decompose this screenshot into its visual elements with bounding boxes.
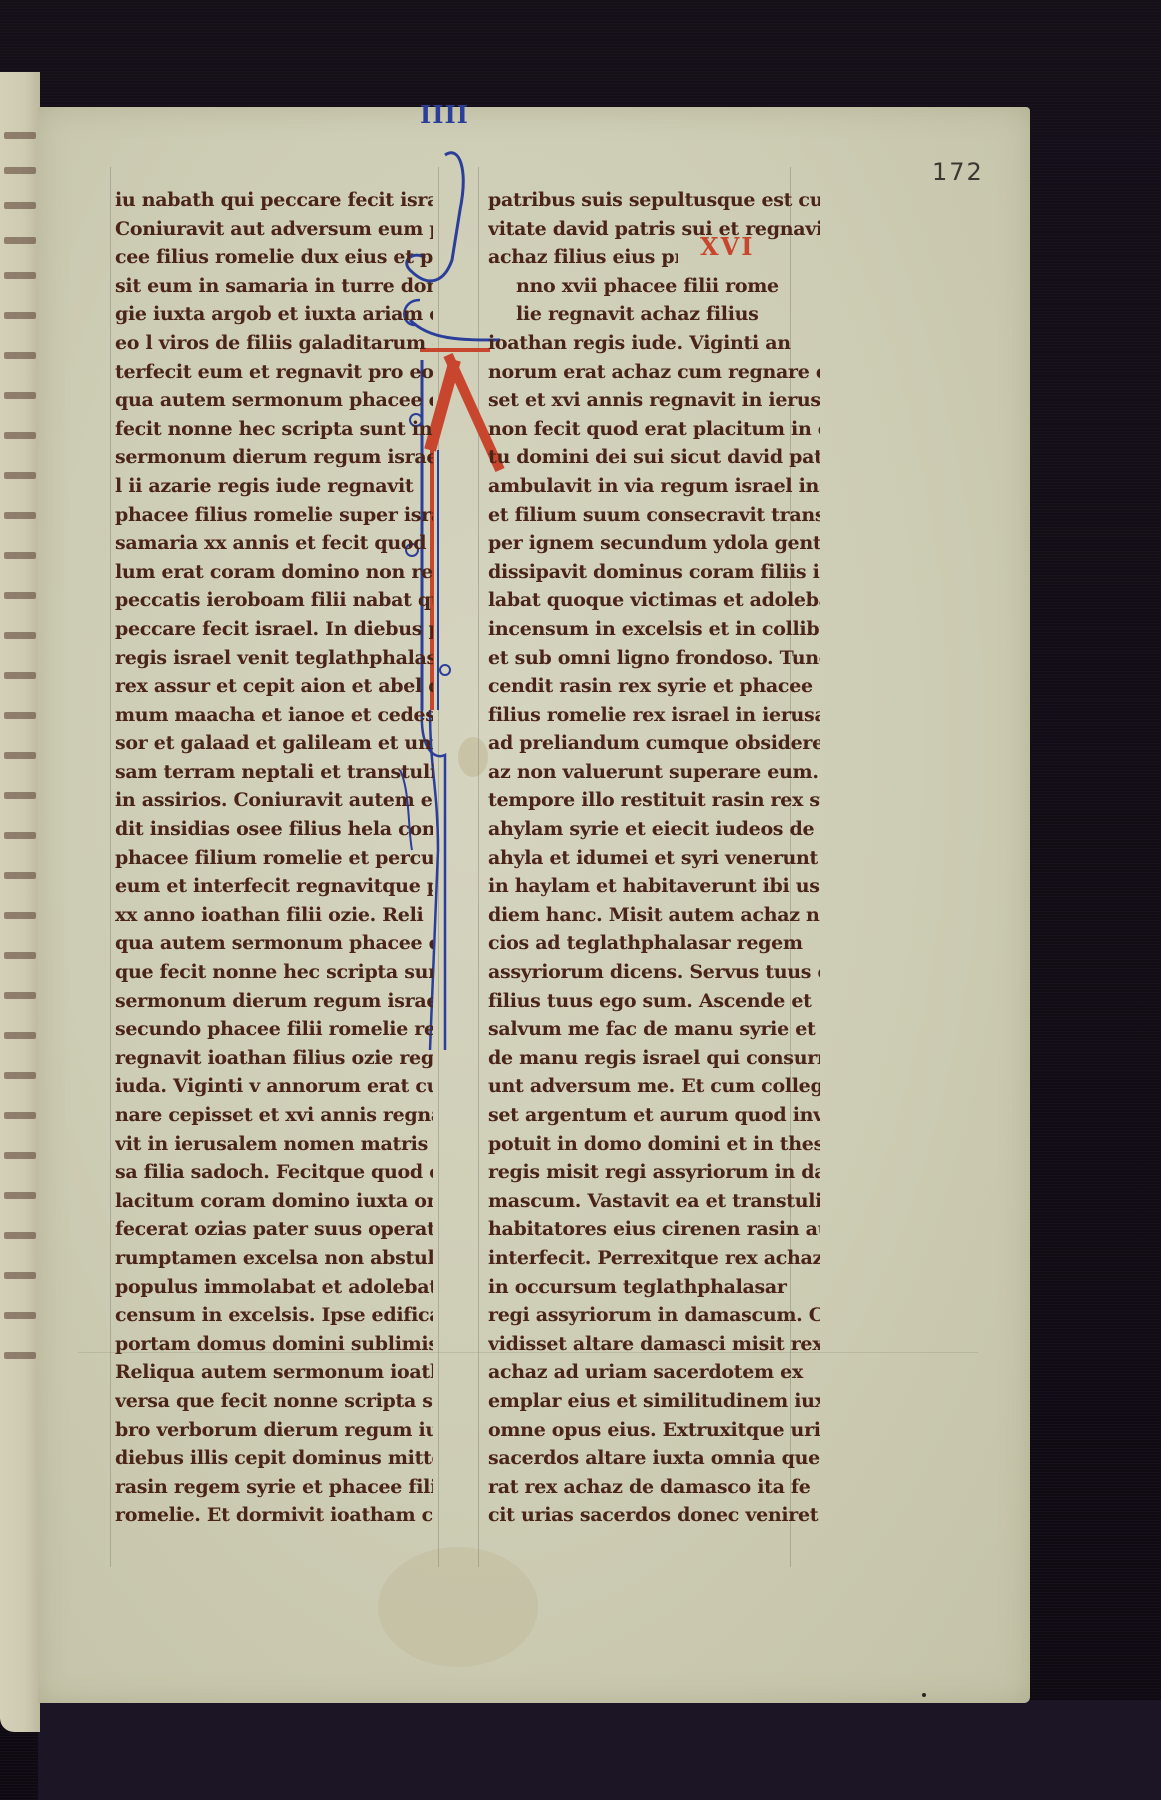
text-line: sermonum dierum regum israel. Anno	[115, 443, 433, 472]
text-line: dissipavit dominus coram filiis israel. …	[488, 558, 820, 587]
text-line: qua autem sermonum phacee et universa	[115, 929, 433, 958]
text-line: patribus suis sepultusque est cum eis in…	[488, 186, 820, 215]
text-line: ahylam syrie et eiecit iudeos de	[488, 815, 820, 844]
running-header: IIII	[420, 100, 469, 129]
text-line: interfecit. Perrexitque rex achaz	[488, 1244, 820, 1273]
text-column-left: iu nabath qui peccare fecit israel Coniu…	[115, 186, 433, 1530]
text-line: lie regnavit achaz filius	[488, 300, 820, 329]
text-line: iu nabath qui peccare fecit israel	[115, 186, 433, 215]
text-line: l ii azarie regis iude regnavit	[115, 472, 433, 501]
text-line: az non valuerunt superare eum. In	[488, 758, 820, 787]
text-line: de manu regis israel qui consurrexerunt	[488, 1044, 820, 1073]
text-line: filius tuus ego sum. Ascende et	[488, 987, 820, 1016]
text-line: cios ad teglathphalasar regem	[488, 929, 820, 958]
text-line: eo l viros de filiis galaditarum et in	[115, 329, 433, 358]
text-line: Reliqua autem sermonum ioatham et uni	[115, 1358, 433, 1387]
text-line: in occursum teglathphalasar	[488, 1273, 820, 1302]
text-line: omne opus eius. Extruxitque urias	[488, 1416, 820, 1445]
text-line: unt adversum me. Et cum collegis	[488, 1072, 820, 1101]
text-line: terfecit eum et regnavit pro eo. Reli	[115, 358, 433, 387]
text-line: rex assur et cepit aion et abel do	[115, 672, 433, 701]
text-line: Coniuravit aut adversum eum pha	[115, 215, 433, 244]
text-line: norum erat achaz cum regnare cepis	[488, 358, 820, 387]
text-line: nare cepisset et xvi annis regna	[115, 1101, 433, 1130]
text-line: peccare fecit israel. In diebus phacee	[115, 615, 433, 644]
text-line: achaz filius eius pro eo.	[488, 243, 678, 272]
text-line: non fecit quod erat placitum in conspec	[488, 415, 820, 444]
chapter-number: XVI	[700, 232, 754, 261]
text-line: sam terram neptali et transtulit eos	[115, 758, 433, 787]
text-line: peccatis ieroboam filii nabat qui	[115, 586, 433, 615]
running-header-text: IIII	[420, 100, 469, 129]
text-line: set et xvi annis regnavit in ierusalem	[488, 386, 820, 415]
text-line: sacerdos altare iuxta omnia que preceper…	[488, 1444, 820, 1473]
text-line: lum erat coram domino non recessit a	[115, 558, 433, 587]
chapter-number-text: XVI	[700, 232, 754, 261]
text-line: sa filia sadoch. Fecitque quod erat p	[115, 1158, 433, 1187]
text-line: nno xvii phacee filii rome	[488, 272, 820, 301]
text-line: phacee filium romelie et percussit	[115, 844, 433, 873]
text-line: tempore illo restituit rasin rex syrie	[488, 786, 820, 815]
text-line: diem hanc. Misit autem achaz nun	[488, 901, 820, 930]
text-line: cit urias sacerdos donec veniret	[488, 1501, 820, 1530]
text-line: que fecit nonne hec scripta sunt in libr…	[115, 958, 433, 987]
text-line: per ignem secundum ydola gentium que	[488, 529, 820, 558]
text-line: secundo phacee filii romelie regis israe…	[115, 1015, 433, 1044]
text-line: regis israel venit teglathphalasar	[115, 644, 433, 673]
text-line: labat quoque victimas et adolebat	[488, 586, 820, 615]
text-line: ioathan regis iude. Viginti an	[488, 329, 820, 358]
text-line: qua autem sermonum phacee et universa qu…	[115, 386, 433, 415]
text-line: ahyla et idumei et syri venerunt	[488, 844, 820, 873]
text-line: lacitum coram domino iuxta omnia que	[115, 1187, 433, 1216]
text-line: samaria xx annis et fecit quod ma	[115, 529, 433, 558]
text-line: gie iuxta argob et iuxta ariam et cum	[115, 300, 433, 329]
text-line: vit in ierusalem nomen matris eius ierus…	[115, 1130, 433, 1159]
text-line: mum maacha et ianoe et cedes et a	[115, 701, 433, 730]
text-line: cendit rasin rex syrie et phacee	[488, 672, 820, 701]
text-line: regis misit regi assyriorum in da	[488, 1158, 820, 1187]
text-line: diebus illis cepit dominus mittere in iu…	[115, 1444, 433, 1473]
text-line: censum in excelsis. Ipse edificavit	[115, 1301, 433, 1330]
text-line: tu domini dei sui sicut david pater eius…	[488, 443, 820, 472]
text-line: et sub omni ligno frondoso. Tunc as	[488, 644, 820, 673]
text-line: emplar eius et similitudinem iuxta	[488, 1387, 820, 1416]
text-line: eum et interfecit regnavitque pro eo in	[115, 872, 433, 901]
text-line: fecerat ozias pater suus operatus est. V…	[115, 1215, 433, 1244]
text-line: rumptamen excelsa non abstulit. Adhuc	[115, 1244, 433, 1273]
text-line: et filium suum consecravit transferens	[488, 501, 820, 530]
text-line: mascum. Vastavit ea et transtulit	[488, 1187, 820, 1216]
text-line: romelie. Et dormivit ioatham cum	[115, 1501, 433, 1530]
text-line: set argentum et aurum quod inveniri	[488, 1101, 820, 1130]
text-line: salvum me fac de manu syrie et	[488, 1015, 820, 1044]
text-line: regnavit ioathan filius ozie regis	[115, 1044, 433, 1073]
text-line: rasin regem syrie et phacee filium	[115, 1473, 433, 1502]
text-line: in assirios. Coniuravit autem et tete	[115, 786, 433, 815]
text-line: xx anno ioathan filii ozie. Reli	[115, 901, 433, 930]
text-line: incensum in excelsis et in collibus	[488, 615, 820, 644]
text-line: portam domus domini sublimissimam	[115, 1330, 433, 1359]
text-line: phacee filius romelie super israel in	[115, 501, 433, 530]
text-column-right: patribus suis sepultusque est cum eis in…	[488, 186, 820, 1530]
folio-number: 172	[932, 158, 984, 186]
backdrop-cloth-lower	[38, 1700, 1161, 1800]
text-line: bro verborum dierum regum iuda. In	[115, 1416, 433, 1445]
text-line: filius romelie rex israel in ierusalem	[488, 701, 820, 730]
text-line: habitatores eius cirenen rasin autem	[488, 1215, 820, 1244]
text-line: sit eum in samaria in turre domus re	[115, 272, 433, 301]
text-line: in haylam et habitaverunt ibi usque in	[488, 872, 820, 901]
text-line: versa que fecit nonne scripta sunt in li	[115, 1387, 433, 1416]
text-line: populus immolabat et adolebat in	[115, 1273, 433, 1302]
text-line: ad preliandum cumque obsiderent ach	[488, 729, 820, 758]
text-line: ambulavit in via regum israel insuper	[488, 472, 820, 501]
text-line: iuda. Viginti v annorum erat cum reg	[115, 1072, 433, 1101]
previous-leaf-edge	[0, 72, 40, 1732]
text-line: potuit in domo domini et in thesauris	[488, 1130, 820, 1159]
text-line: assyriorum dicens. Servus tuus et	[488, 958, 820, 987]
text-line: vidisset altare damasci misit rex	[488, 1330, 820, 1359]
text-line: cee filius romelie dux eius et percus	[115, 243, 433, 272]
text-line: rat rex achaz de damasco ita fe	[488, 1473, 820, 1502]
text-line: vitate david patris sui et regnavit	[488, 215, 820, 244]
text-line: fecit nonne hec scripta sunt in libro	[115, 415, 433, 444]
text-line: dit insidias osee filius hela contra	[115, 815, 433, 844]
text-line: sermonum dierum regum israel. Anno	[115, 987, 433, 1016]
text-line: regi assyriorum in damascum. Cumque	[488, 1301, 820, 1330]
ruling-line	[110, 167, 111, 1567]
text-line: achaz ad uriam sacerdotem ex	[488, 1358, 820, 1387]
text-line: sor et galaad et galileam et univer	[115, 729, 433, 758]
